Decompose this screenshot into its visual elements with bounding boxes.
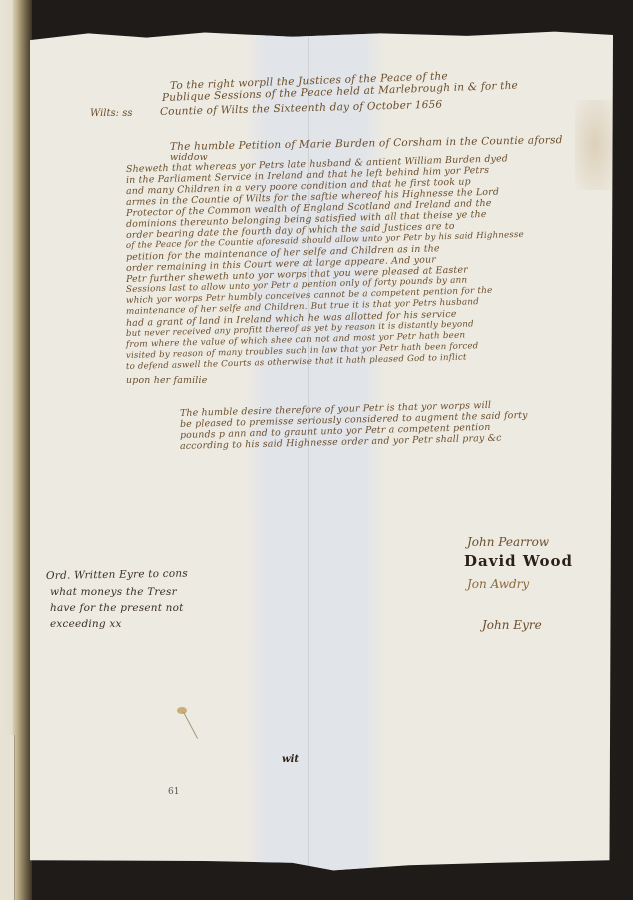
fold-crease [308,30,309,872]
manuscript-sheet: Wilts: ss To the right worpll the Justic… [30,30,613,872]
annotation-line: Ord. Written Eyre to cons [46,568,188,582]
fold-band [245,30,385,872]
endorsement-mark: wit [282,754,299,765]
annotation-line: have for the present not [50,602,184,614]
body-line: upon her familie [126,375,207,386]
annotation-line: exceeding xx [50,618,122,630]
signature: David Wood [464,552,573,570]
signature: John Eyre [482,618,542,632]
folio-number: 61 [168,787,179,797]
water-stain [575,100,615,190]
annotation-line: what moneys the Tresr [50,586,177,598]
signature: John Pearrow [467,535,549,549]
margin-note-top: Wilts: ss [90,108,132,119]
binding-page-edge [0,735,15,900]
signature: Jon Awdry [467,577,529,591]
ink-blot [177,707,187,714]
